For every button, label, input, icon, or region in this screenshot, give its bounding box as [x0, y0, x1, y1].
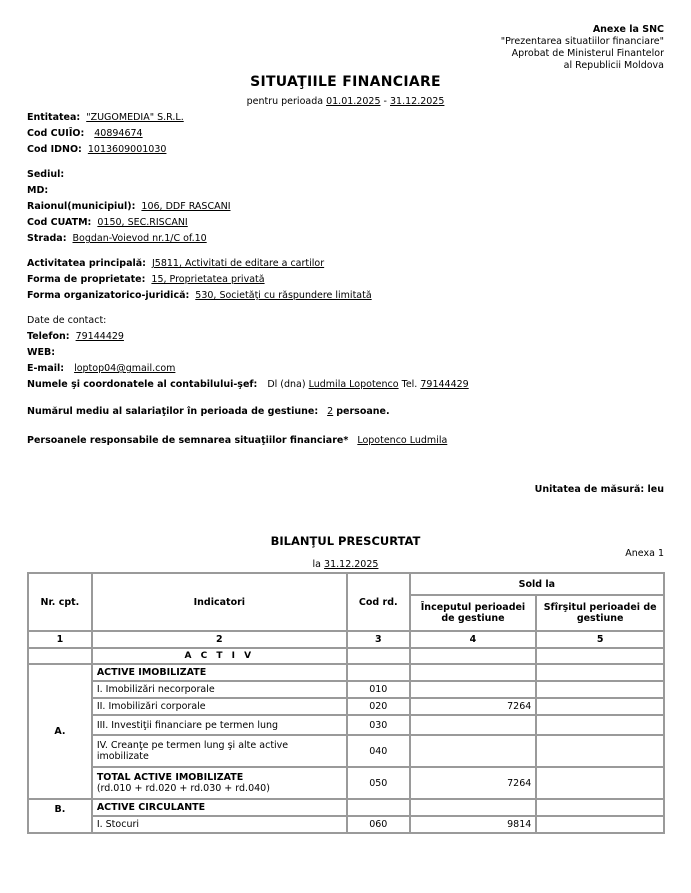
cod-cell: 030	[347, 715, 410, 735]
section-a-title: ACTIVE IMOBILIZATE	[92, 664, 347, 681]
web-label: WEB:	[27, 347, 55, 358]
indicator-cell: IV. Creanţe pe termen lung şi alte activ…	[92, 735, 347, 767]
email-label: E-mail:	[27, 363, 64, 374]
sfarsit-cell[interactable]	[536, 681, 664, 698]
period-start: 01.01.2025	[326, 96, 380, 107]
annex-header: Anexe la SNC "Prezentarea situatiilor fi…	[501, 24, 664, 72]
cod-cell: 060	[347, 816, 410, 833]
period-end: 31.12.2025	[390, 96, 444, 107]
email-row: E-mail:loptop04@gmail.com	[27, 361, 469, 377]
indicator-cell: II. Imobilizări corporale	[92, 698, 347, 715]
cod-cell: 020	[347, 698, 410, 715]
document-title: SITUAŢIILE FINANCIARE	[0, 74, 691, 90]
header-nr: Nr. cpt.	[28, 573, 92, 631]
balance-date-prefix: la	[313, 559, 321, 570]
table-row: I. Imobilizări necorporale 010	[28, 681, 664, 698]
accountant-tel: 79144429	[420, 379, 468, 390]
sfarsit-cell[interactable]	[536, 735, 664, 767]
md-row: MD:	[27, 183, 231, 199]
cuatm-row: Cod CUATM:0150, SEC.RISCANI	[27, 215, 231, 231]
table-row: IV. Creanţe pe termen lung şi alte activ…	[28, 735, 664, 767]
sfarsit-cell[interactable]	[536, 816, 664, 833]
employees-suffix: persoane.	[336, 406, 389, 417]
inceput-cell[interactable]: 7264	[410, 698, 537, 715]
annex-line-3: Aprobat de Ministerul Finantelor	[501, 48, 664, 60]
address-block: Sediul: MD: Raionul(municipiul):106, DDF…	[27, 167, 231, 247]
legal-form-value: 530, Societăţi cu răspundere limitată	[195, 290, 371, 301]
indicator-cell: I. Imobilizări necorporale	[92, 681, 347, 698]
column-numbers-row: 1 2 3 4 5	[28, 631, 664, 648]
cuiio-label: Cod CUIÎO:	[27, 128, 84, 139]
section-b-title: ACTIVE CIRCULANTE	[92, 799, 347, 816]
ownership-label: Forma de proprietate:	[27, 274, 145, 285]
web-row: WEB:	[27, 345, 469, 361]
phone-label: Telefon:	[27, 331, 70, 342]
legal-form-row: Forma organizatorico-juridică:530, Socie…	[27, 288, 372, 304]
period-prefix: pentru perioada	[247, 96, 323, 107]
cod-cell: 050	[347, 767, 410, 799]
idno-value: 1013609001030	[88, 144, 167, 155]
period-separator: -	[384, 96, 387, 107]
raion-label: Raionul(municipiul):	[27, 201, 135, 212]
inceput-cell[interactable]	[410, 735, 537, 767]
activity-label: Activitatea principală:	[27, 258, 146, 269]
total-formula: (rd.010 + rd.020 + rd.030 + rd.040)	[97, 783, 342, 794]
header-indicatori: Indicatori	[92, 573, 347, 631]
balance-date: la 31.12.2025	[0, 559, 691, 570]
accountant-row: Numele şi coordonatele al contabilului-ş…	[27, 377, 469, 393]
indicator-cell: III. Investiţii financiare pe termen lun…	[92, 715, 347, 735]
inceput-cell[interactable]: 7264	[410, 767, 537, 799]
legal-form-label: Forma organizatorico-juridică:	[27, 290, 189, 301]
sfarsit-cell[interactable]	[536, 698, 664, 715]
responsible-row: Persoanele responsabile de semnarea situ…	[27, 433, 447, 449]
strada-label: Strada:	[27, 233, 67, 244]
raion-value: 106, DDF RASCANI	[141, 201, 230, 212]
entity-value: "ZUGOMEDIA" S.R.L.	[86, 112, 184, 123]
ownership-row: Forma de proprietate:15, Proprietatea pr…	[27, 272, 372, 288]
cuatm-value: 0150, SEC.RISCANI	[97, 217, 187, 228]
balance-table: Nr. cpt. Indicatori Cod rd. Sold la Înce…	[27, 572, 665, 834]
cuiio-value: 40894674	[94, 128, 142, 139]
section-a-nr: A.	[28, 664, 92, 799]
table-row: II. Imobilizări corporale 020 7264	[28, 698, 664, 715]
table-row: III. Investiţii financiare pe termen lun…	[28, 715, 664, 735]
total-row: TOTAL ACTIVE IMOBILIZATE (rd.010 + rd.02…	[28, 767, 664, 799]
accountant-label: Numele şi coordonatele al contabilului-ş…	[27, 379, 257, 390]
responsible-label: Persoanele responsabile de semnarea situ…	[27, 435, 348, 446]
annex-line-4: al Republicii Moldova	[501, 60, 664, 72]
sediul-row: Sediul:	[27, 167, 231, 183]
cod-cell: 040	[347, 735, 410, 767]
balance-title: BILANŢUL PRESCURTAT	[0, 534, 691, 548]
accountant-name: Ludmila Lopotenco	[309, 379, 399, 390]
annex-line-2: "Prezentarea situatiilor financiare"	[501, 36, 664, 48]
table-row: B. ACTIVE CIRCULANTE	[28, 799, 664, 816]
header-inceput: Începutul perioadei de gestiune	[410, 595, 537, 631]
header-sfarsit: Sfîrşitul perioadei de gestiune	[536, 595, 664, 631]
col-num-1: 1	[28, 631, 92, 648]
reporting-period: pentru perioada 01.01.2025 - 31.12.2025	[0, 96, 691, 107]
col-num-2: 2	[92, 631, 347, 648]
col-num-4: 4	[410, 631, 537, 648]
balance-date-value: 31.12.2025	[324, 559, 378, 570]
employees-row: Numărul mediu al salariaţilor în perioad…	[27, 404, 390, 420]
inceput-cell[interactable]	[410, 681, 537, 698]
idno-label: Cod IDNO:	[27, 144, 82, 155]
header-cod: Cod rd.	[347, 573, 410, 631]
balance-annex: Anexa 1	[625, 548, 664, 559]
accountant-tel-label: Tel.	[402, 379, 418, 390]
employees-label: Numărul mediu al salariaţilor în perioad…	[27, 406, 318, 417]
strada-value: Bogdan-Voievod nr.1/C of.10	[73, 233, 207, 244]
email-value[interactable]: loptop04@gmail.com	[74, 363, 175, 374]
total-title: TOTAL ACTIVE IMOBILIZATE	[97, 772, 342, 783]
activ-row: A C T I V	[28, 648, 664, 664]
col-num-5: 5	[536, 631, 664, 648]
phone-value: 79144429	[76, 331, 124, 342]
header-sold: Sold la	[410, 573, 664, 595]
accountant-prefix: Dl (dna)	[267, 379, 305, 390]
ownership-value: 15, Proprietatea privată	[151, 274, 264, 285]
idno-row: Cod IDNO:1013609001030	[27, 142, 184, 158]
contact-block: Date de contact: Telefon:79144429 WEB: E…	[27, 313, 469, 393]
section-b-nr: B.	[28, 799, 92, 833]
activity-block: Activitatea principală:J5811, Activitati…	[27, 256, 372, 304]
table-row: A. ACTIVE IMOBILIZATE	[28, 664, 664, 681]
table-row: I. Stocuri 060 9814	[28, 816, 664, 833]
contact-header: Date de contact:	[27, 313, 469, 329]
total-indicator-cell: TOTAL ACTIVE IMOBILIZATE (rd.010 + rd.02…	[92, 767, 347, 799]
employees-value: 2	[327, 406, 333, 417]
inceput-cell[interactable]: 9814	[410, 816, 537, 833]
strada-row: Strada:Bogdan-Voievod nr.1/C of.10	[27, 231, 231, 247]
responsible-value: Lopotenco Ludmila	[357, 435, 447, 446]
entity-label: Entitatea:	[27, 112, 80, 123]
cuiio-row: Cod CUIÎO:40894674	[27, 126, 184, 142]
indicator-cell: I. Stocuri	[92, 816, 347, 833]
cod-cell: 010	[347, 681, 410, 698]
activity-row: Activitatea principală:J5811, Activitati…	[27, 256, 372, 272]
phone-row: Telefon:79144429	[27, 329, 469, 345]
sfarsit-cell[interactable]	[536, 715, 664, 735]
cuatm-label: Cod CUATM:	[27, 217, 91, 228]
entity-block: Entitatea:"ZUGOMEDIA" S.R.L. Cod CUIÎO:4…	[27, 110, 184, 158]
md-label: MD:	[27, 185, 48, 196]
activ-label: A C T I V	[92, 648, 347, 664]
raion-row: Raionul(municipiul):106, DDF RASCANI	[27, 199, 231, 215]
annex-line-1: Anexe la SNC	[501, 24, 664, 36]
inceput-cell[interactable]	[410, 715, 537, 735]
unit-of-measure: Unitatea de măsură: leu	[535, 484, 664, 495]
activity-value: J5811, Activitati de editare a cartilor	[152, 258, 324, 269]
sediul-label: Sediul:	[27, 169, 64, 180]
col-num-3: 3	[347, 631, 410, 648]
entity-row: Entitatea:"ZUGOMEDIA" S.R.L.	[27, 110, 184, 126]
sfarsit-cell[interactable]	[536, 767, 664, 799]
